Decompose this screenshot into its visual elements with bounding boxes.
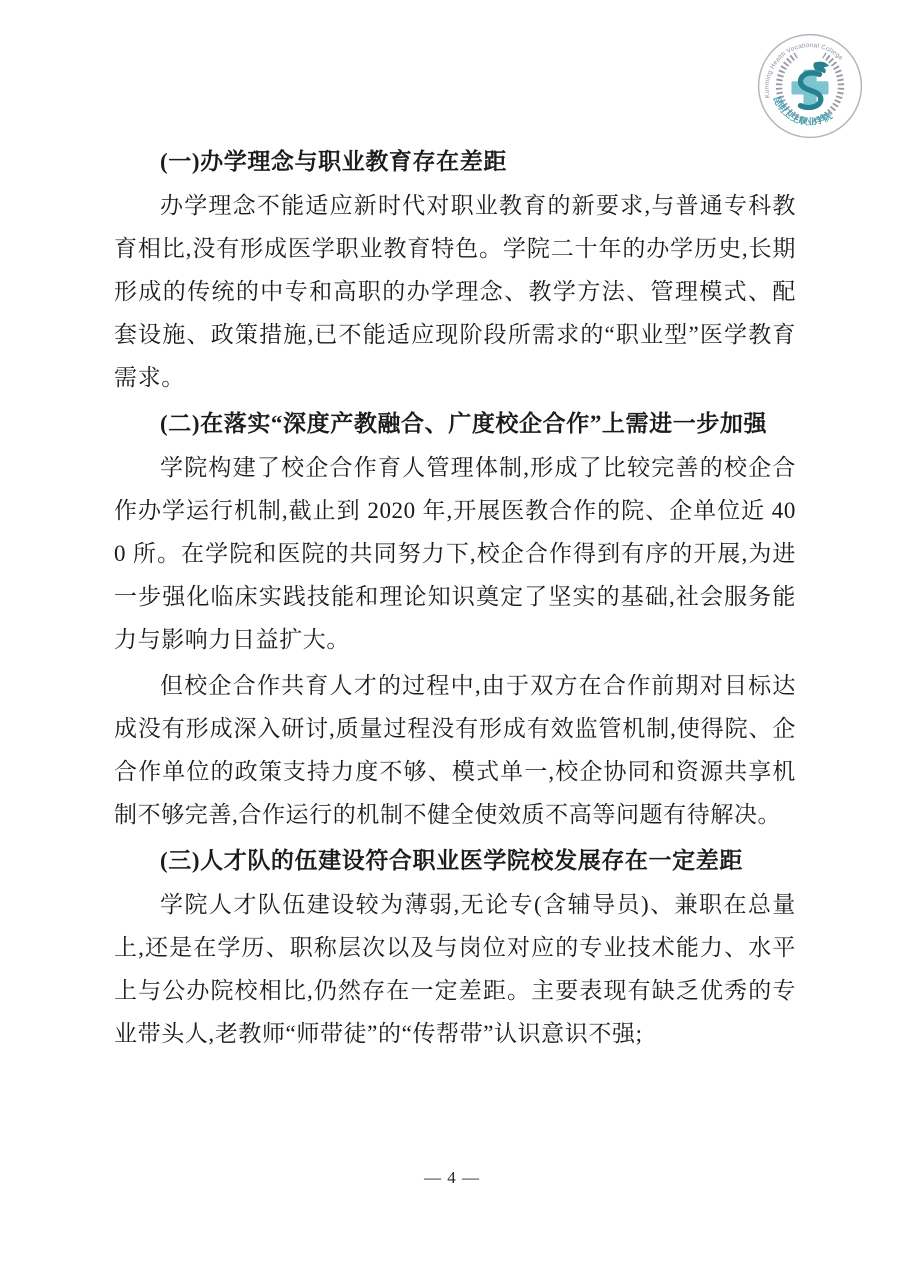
section-2-paragraph-2: 但校企合作共育人才的过程中,由于双方在合作前期对目标达成没有形成深入研讨,质量过… — [114, 664, 796, 836]
college-seal-logo: Kunming Health Vocational College 昆明卫生职业… — [757, 33, 863, 139]
section-2-heading: (二)在落实“深度产教融合、广度校企合作”上需进一步加强 — [114, 402, 796, 445]
section-3-paragraph-1: 学院人才队伍建设较为薄弱,无论专(含辅导员)、兼职在总量上,还是在学历、职称层次… — [114, 883, 796, 1055]
section-1-paragraph-1: 办学理念不能适应新时代对职业教育的新要求,与普通专科教育相比,没有形成医学职业教… — [114, 184, 796, 399]
page-number: — 4 — — [0, 1168, 904, 1188]
document-body: (一)办学理念与职业教育存在差距 办学理念不能适应新时代对职业教育的新要求,与普… — [114, 140, 796, 1055]
section-2-paragraph-1: 学院构建了校企合作育人管理体制,形成了比较完善的校企合作办学运行机制,截止到 2… — [114, 446, 796, 661]
section-3-heading: (三)人才队的伍建设符合职业医学院校发展存在一定差距 — [114, 839, 796, 882]
section-1-heading: (一)办学理念与职业教育存在差距 — [114, 140, 796, 183]
document-page: Kunming Health Vocational College 昆明卫生职业… — [0, 0, 904, 1280]
college-seal-icon: Kunming Health Vocational College 昆明卫生职业… — [757, 33, 863, 139]
